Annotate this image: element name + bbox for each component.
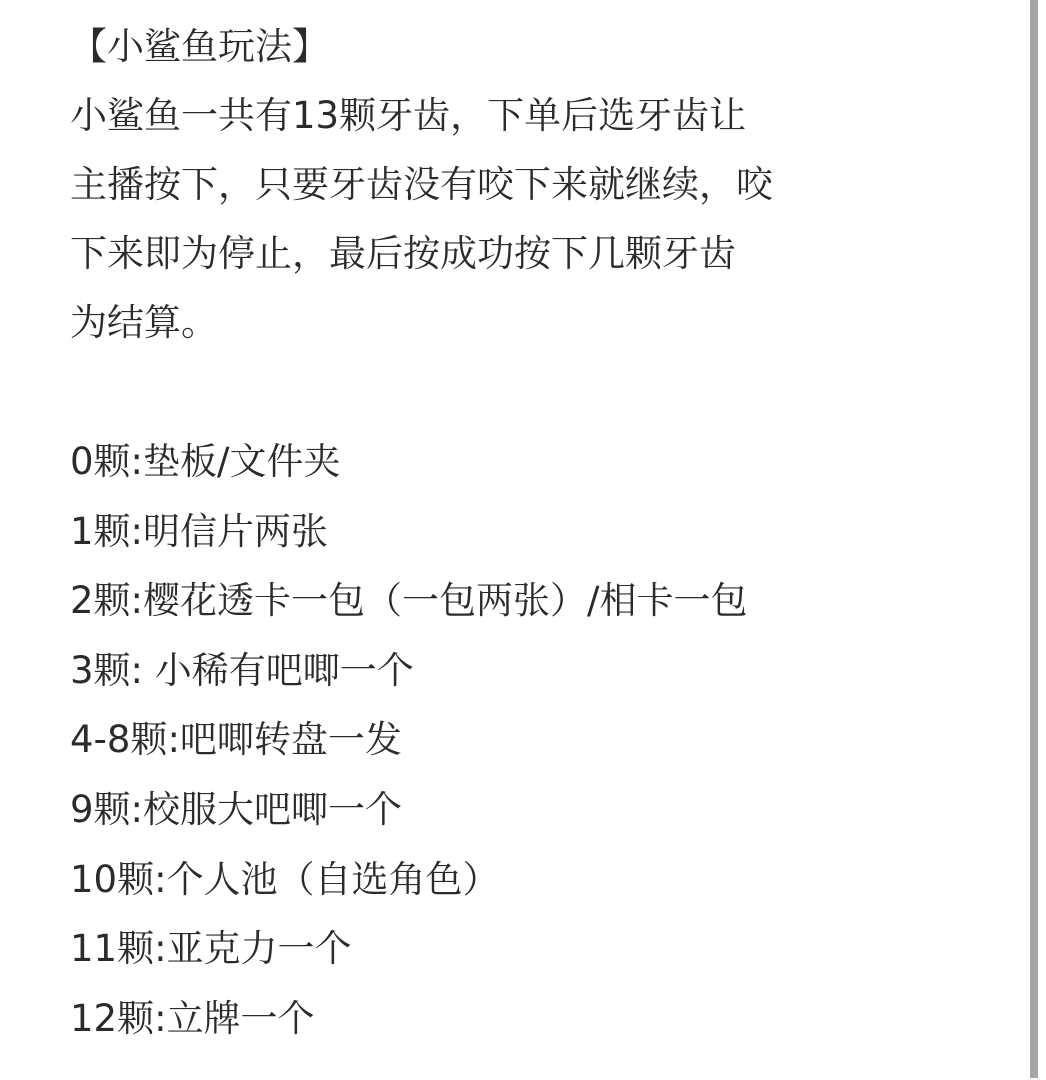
prize-separator: : — [131, 788, 143, 831]
prize-separator: : — [154, 927, 166, 970]
prize-reward: 吧唧转盘一发 — [180, 718, 402, 761]
rules-line: 下来即为停止，最后按成功按下几颗牙齿 — [70, 219, 970, 288]
prize-item: 10颗:个人池（自选角色） — [70, 845, 970, 915]
prize-count: 2颗 — [70, 579, 131, 622]
prize-reward: 明信片两张 — [143, 510, 328, 553]
document-title: 【小鲨鱼玩法】 — [70, 12, 970, 81]
prize-reward: 樱花透卡一包（一包两张）/相卡一包 — [143, 579, 747, 622]
prize-separator: : — [154, 997, 166, 1040]
prize-item: 3颗: 小稀有吧唧一个 — [70, 636, 970, 706]
rules-line: 小鲨鱼一共有13颗牙齿，下单后选牙齿让 — [70, 81, 970, 150]
blank-line — [70, 357, 970, 427]
prize-separator: : — [154, 858, 166, 901]
prize-separator: : — [131, 440, 143, 483]
prize-reward: 个人池（自选角色） — [167, 858, 500, 901]
prize-reward: 小稀有吧唧一个 — [143, 649, 414, 692]
prize-separator: : — [131, 649, 143, 692]
prize-reward: 亚克力一个 — [167, 927, 352, 970]
prize-item: 0颗:垫板/文件夹 — [70, 427, 970, 497]
prize-item: 12颗:立牌一个 — [70, 984, 970, 1054]
prize-separator: : — [167, 718, 179, 761]
prize-item: 1颗:明信片两张 — [70, 497, 970, 567]
prize-item: 11颗:亚克力一个 — [70, 914, 970, 984]
prize-item: 2颗:樱花透卡一包（一包两张）/相卡一包 — [70, 566, 970, 636]
prize-list: 0颗:垫板/文件夹 1颗:明信片两张 2颗:樱花透卡一包（一包两张）/相卡一包 … — [70, 427, 970, 1053]
rules-line: 为结算。 — [70, 288, 970, 357]
prize-count: 4-8颗 — [70, 718, 167, 761]
prize-count: 3颗 — [70, 649, 131, 692]
document-body: 【小鲨鱼玩法】 小鲨鱼一共有13颗牙齿，下单后选牙齿让 主播按下，只要牙齿没有咬… — [70, 12, 970, 1053]
prize-count: 12颗 — [70, 997, 154, 1040]
prize-count: 10颗 — [70, 858, 154, 901]
prize-count: 1颗 — [70, 510, 131, 553]
prize-count: 11颗 — [70, 927, 154, 970]
prize-separator: : — [131, 510, 143, 553]
prize-separator: : — [131, 579, 143, 622]
prize-item: 4-8颗:吧唧转盘一发 — [70, 705, 970, 775]
scrollbar[interactable] — [1030, 0, 1038, 1078]
prize-item: 9颗:校服大吧唧一个 — [70, 775, 970, 845]
prize-count: 0颗 — [70, 440, 131, 483]
prize-reward: 立牌一个 — [167, 997, 315, 1040]
prize-count: 9颗 — [70, 788, 131, 831]
prize-reward: 垫板/文件夹 — [143, 440, 340, 483]
rules-line: 主播按下，只要牙齿没有咬下来就继续，咬 — [70, 150, 970, 219]
rules-paragraph: 小鲨鱼一共有13颗牙齿，下单后选牙齿让 主播按下，只要牙齿没有咬下来就继续，咬 … — [70, 81, 970, 357]
prize-reward: 校服大吧唧一个 — [143, 788, 402, 831]
